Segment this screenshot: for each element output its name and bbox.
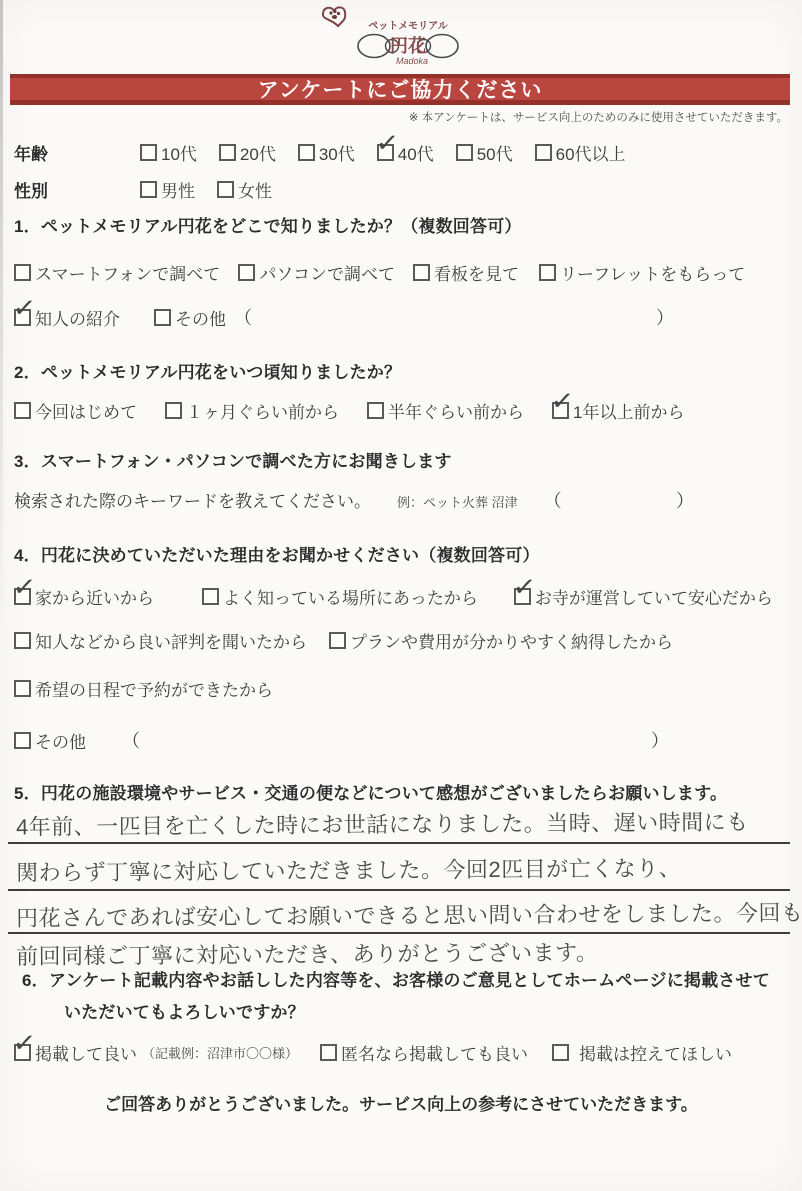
q6-options-row: 掲載して良い （記載例：沼津市〇〇様） 匿名なら掲載しても良い 掲載は控えてほし… <box>14 1040 732 1064</box>
q4-title-row: 4．円花に決めていただいた理由をお聞かせください（複数回答可） <box>14 541 540 565</box>
q3-prompt: 検索された際のキーワードを教えてください。 <box>14 487 371 512</box>
age-option-40s[interactable]: 40代 <box>377 140 434 165</box>
checkbox-q4-good-reputation[interactable] <box>14 632 31 649</box>
q5-answer-rule-3 <box>8 932 790 934</box>
checkbox-age-40s[interactable] <box>377 144 394 161</box>
q1-title-row: 1．ペットメモリアル円花をどこで知りましたか？（複数回答可） <box>14 212 522 236</box>
checkbox-q1-referral[interactable] <box>14 309 31 326</box>
checkbox-q2-one-month[interactable] <box>165 402 182 419</box>
q5-answer-rule-2 <box>8 889 790 891</box>
q6-title-line2: いただいてもよろしいですか？ <box>64 998 305 1023</box>
option-label: プランや費用が分かりやすく納得したから <box>350 628 673 653</box>
age-option-50s[interactable]: 50代 <box>456 140 513 165</box>
q4-other-paren-close: ） <box>651 727 669 753</box>
q1-title: 1．ペットメモリアル円花をどこで知りましたか？（複数回答可） <box>14 212 522 237</box>
q5-title-row: 5．円花の施設環境やサービス・交通の便などについて感想がございましたらお願いしま… <box>14 779 727 803</box>
q3-example: 例：ペット火葬 沼津 <box>397 492 518 511</box>
q4-option-close-to-home[interactable]: 家から近いから <box>14 584 154 609</box>
q3-paren-close: ） <box>676 487 694 513</box>
checkbox-age-20s[interactable] <box>219 144 236 161</box>
gender-label: 性別 <box>14 177 140 202</box>
q1-option-referral[interactable]: 知人の紹介 <box>14 305 120 330</box>
option-label: よく知っている場所にあったから <box>223 584 478 609</box>
option-label: 知人の紹介 <box>35 305 120 330</box>
q5-answer-rule-1 <box>8 842 790 844</box>
option-label: １ヶ月ぐらい前から <box>186 398 339 423</box>
q2-option-one-month[interactable]: １ヶ月ぐらい前から <box>165 398 339 423</box>
heart-paw-icon <box>323 7 345 26</box>
age-option-60s-plus[interactable]: 60代以上 <box>535 140 626 165</box>
gender-option-female[interactable]: 女性 <box>217 177 272 202</box>
checkbox-q6-anonymous-ok[interactable] <box>320 1044 337 1061</box>
option-label: 今回はじめて <box>35 398 137 423</box>
checkbox-q4-close-to-home[interactable] <box>14 588 31 605</box>
option-label: 匿名なら掲載しても良い <box>341 1040 528 1065</box>
q3-answer-row: 検索された際のキーワードを教えてください。 例：ペット火葬 沼津 （ ） <box>14 487 694 511</box>
q2-options-row: 今回はじめて １ヶ月ぐらい前から 半年ぐらい前から 1年以上前から <box>14 398 684 422</box>
q4-option-temple-run[interactable]: お寺が運営していて安心だから <box>514 584 773 609</box>
q3-title-row: 3．スマートフォン・パソコンで調べた方にお聞きします <box>14 447 452 471</box>
checkbox-q1-signboard[interactable] <box>413 264 430 281</box>
option-label: リーフレットをもらって <box>560 260 745 285</box>
age-option-20s[interactable]: 20代 <box>219 140 276 165</box>
option-label: 60代以上 <box>556 140 626 165</box>
q2-option-over-one-year[interactable]: 1年以上前から <box>552 398 684 423</box>
option-label: お寺が運営していて安心だから <box>535 584 773 609</box>
q1-other-paren-open: （ <box>234 304 252 330</box>
option-label: 50代 <box>477 140 513 165</box>
checkbox-q2-first-time[interactable] <box>14 402 31 419</box>
q1-option-signboard[interactable]: 看板を見て <box>413 260 519 285</box>
q4-options-row1: 家から近いから よく知っている場所にあったから お寺が運営していて安心だから <box>14 584 773 608</box>
age-option-30s[interactable]: 30代 <box>298 140 355 165</box>
q1-option-leaflet[interactable]: リーフレットをもらって <box>539 260 745 285</box>
q4-other-row: その他 （ ） <box>14 728 669 752</box>
q5-title: 5．円花の施設環境やサービス・交通の便などについて感想がございましたらお願いしま… <box>14 779 727 804</box>
q4-title: 4．円花に決めていただいた理由をお聞かせください（複数回答可） <box>14 541 540 566</box>
q6-publish-example-note: （記載例：沼津市〇〇様） <box>142 1043 298 1062</box>
q6-title-row2: いただいてもよろしいですか？ <box>64 998 305 1022</box>
q4-options-row2: 知人などから良い評判を聞いたから プランや費用が分かりやすく納得したから <box>14 628 673 652</box>
q1-options-row1: スマートフォンで調べて パソコンで調べて 看板を見て リーフレットをもらって <box>14 260 745 284</box>
checkbox-q4-known-place[interactable] <box>202 588 219 605</box>
q3-title: 3．スマートフォン・パソコンで調べた方にお聞きします <box>14 447 452 472</box>
option-label: 看板を見て <box>434 260 519 285</box>
option-label: スマートフォンで調べて <box>35 260 220 285</box>
q3-paren-open: （ <box>544 487 562 513</box>
option-label: 20代 <box>240 140 276 165</box>
q5-handwritten-line-3: 円花さんであれば安心してお願いできると思い問い合わせをしました。今回も <box>16 896 802 932</box>
q6-title-row1: 6．アンケート記載内容やお話しした内容等を、お客様のご意見としてホームページに掲… <box>22 966 770 990</box>
checkbox-age-60s-plus[interactable] <box>535 144 552 161</box>
q6-option-anonymous-ok[interactable]: 匿名なら掲載しても良い <box>320 1040 528 1065</box>
checkbox-q6-no-publish[interactable] <box>552 1044 569 1061</box>
age-option-10s[interactable]: 10代 <box>140 140 197 165</box>
madoka-logo-graphic: ペットメモリアル 円花 Madoka <box>316 2 486 68</box>
age-label: 年齢 <box>14 140 140 165</box>
option-label: 知人などから良い評判を聞いたから <box>35 628 307 653</box>
q4-option-preferred-schedule[interactable]: 希望の日程で予約ができたから <box>14 676 273 701</box>
q1-option-pc[interactable]: パソコンで調べて <box>238 260 395 285</box>
madoka-logo: ペットメモリアル 円花 Madoka <box>316 2 486 73</box>
option-label: 希望の日程で予約ができたから <box>35 676 273 701</box>
thank-you-message: ご回答ありがとうございました。サービス向上の参考にさせていただきます。 <box>0 1090 802 1115</box>
checkbox-q2-half-year[interactable] <box>367 402 384 419</box>
gender-row: 性別 男性 女性 <box>14 177 272 201</box>
q2-option-half-year[interactable]: 半年ぐらい前から <box>367 398 524 423</box>
checkbox-male[interactable] <box>140 181 157 198</box>
q4-option-good-reputation[interactable]: 知人などから良い評判を聞いたから <box>14 628 307 653</box>
checkbox-female[interactable] <box>217 181 234 198</box>
checkbox-q2-over-one-year[interactable] <box>552 402 569 419</box>
q5-handwritten-line-2: 関わらず丁寧に対応していただきました。今回2匹目が亡くなり、 <box>16 852 681 888</box>
q1-option-other[interactable]: その他 <box>154 305 226 330</box>
q2-title-row: 2．ペットメモリアル円花をいつ頃知りましたか？ <box>14 358 401 382</box>
option-label: 30代 <box>319 140 355 165</box>
option-label: 掲載は控えてほしい <box>579 1040 732 1065</box>
q1-other-paren-close: ） <box>656 304 674 330</box>
q4-option-known-place[interactable]: よく知っている場所にあったから <box>202 584 478 609</box>
q4-option-clear-pricing[interactable]: プランや費用が分かりやすく納得したから <box>329 628 673 653</box>
checkbox-age-50s[interactable] <box>456 144 473 161</box>
q2-option-first-time[interactable]: 今回はじめて <box>14 398 137 423</box>
option-label: 女性 <box>238 177 272 202</box>
logo-brand-main: 円花 <box>390 35 426 56</box>
q6-option-publish-ok[interactable]: 掲載して良い （記載例：沼津市〇〇様） <box>14 1040 298 1065</box>
option-label: 家から近いから <box>35 584 154 609</box>
option-label: 1年以上前から <box>573 398 684 423</box>
survey-banner: アンケートにご協力ください <box>10 74 790 105</box>
checkbox-q4-preferred-schedule[interactable] <box>14 680 31 697</box>
checkbox-age-10s[interactable] <box>140 144 157 161</box>
checkbox-q1-leaflet[interactable] <box>539 264 556 281</box>
privacy-note: ※ 本アンケートは、サービス向上のためのみに使用させていただきます。 <box>409 109 788 125</box>
option-label: その他 <box>175 305 226 330</box>
logo-brand-script: Madoka <box>396 56 428 66</box>
checkbox-q1-other[interactable] <box>154 309 171 326</box>
checkbox-q1-pc[interactable] <box>238 264 255 281</box>
survey-title: アンケートにご協力ください <box>258 74 543 104</box>
q6-option-no-publish[interactable]: 掲載は控えてほしい <box>552 1040 732 1065</box>
q5-handwritten-line-1: 4年前、一匹目を亡くした時にお世話になりました。当時、遅い時間にも <box>16 805 749 841</box>
age-row: 年齢 10代 20代 30代 40代 50代 60代以上 <box>14 140 626 164</box>
option-label: 掲載して良い <box>35 1040 137 1065</box>
checkbox-age-30s[interactable] <box>298 144 315 161</box>
option-label: その他 <box>35 728 86 753</box>
q4-other-paren-open: （ <box>122 727 140 753</box>
checkbox-q6-publish-ok[interactable] <box>14 1044 31 1061</box>
q2-title: 2．ペットメモリアル円花をいつ頃知りましたか？ <box>14 358 401 383</box>
q1-option-smartphone[interactable]: スマートフォンで調べて <box>14 260 220 285</box>
option-label: 男性 <box>161 177 195 202</box>
logo-brand-small: ペットメモリアル <box>368 20 448 32</box>
q4-options-row3: 希望の日程で予約ができたから <box>14 676 273 700</box>
option-label: 10代 <box>161 140 197 165</box>
option-label: 40代 <box>398 140 434 165</box>
q6-title-line1: 6．アンケート記載内容やお話しした内容等を、お客様のご意見としてホームページに掲… <box>22 966 770 991</box>
checkbox-q4-temple-run[interactable] <box>514 588 531 605</box>
option-label: 半年ぐらい前から <box>388 398 524 423</box>
checkbox-q4-other[interactable] <box>14 732 31 749</box>
q4-option-other[interactable]: その他 <box>14 728 86 753</box>
q1-options-row2: 知人の紹介 その他 （ ） <box>14 305 674 329</box>
checkbox-q1-smartphone[interactable] <box>14 264 31 281</box>
option-label: パソコンで調べて <box>259 260 395 285</box>
checkbox-q4-clear-pricing[interactable] <box>329 632 346 649</box>
gender-option-male[interactable]: 男性 <box>140 177 195 202</box>
